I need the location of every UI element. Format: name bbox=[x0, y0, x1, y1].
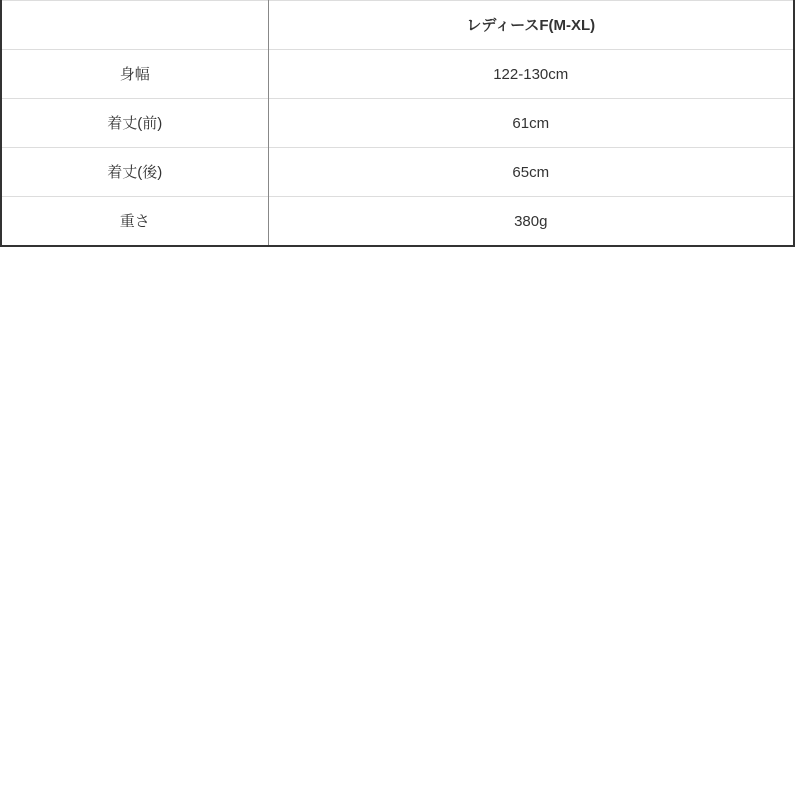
header-size-label: レディースF(M-XL) bbox=[268, 1, 794, 50]
spec-value-body-width: 122-130cm bbox=[268, 50, 794, 99]
table-row-body-width: 身幅 122-130cm bbox=[1, 50, 794, 99]
spec-value-length-back: 65cm bbox=[268, 148, 794, 197]
spec-value-weight: 380g bbox=[268, 197, 794, 247]
spec-label-weight: 重さ bbox=[1, 197, 268, 247]
size-spec-table: レディースF(M-XL) 身幅 122-130cm 着丈(前) 61cm 着丈(… bbox=[0, 0, 795, 247]
table-row-length-front: 着丈(前) 61cm bbox=[1, 99, 794, 148]
table-row-weight: 重さ 380g bbox=[1, 197, 794, 247]
spec-label-length-back: 着丈(後) bbox=[1, 148, 268, 197]
size-table-header-row: レディースF(M-XL) bbox=[1, 1, 794, 50]
table-row-length-back: 着丈(後) 65cm bbox=[1, 148, 794, 197]
spec-label-body-width: 身幅 bbox=[1, 50, 268, 99]
empty-page-area bbox=[0, 247, 800, 800]
header-corner-cell bbox=[1, 1, 268, 50]
spec-value-length-front: 61cm bbox=[268, 99, 794, 148]
spec-label-length-front: 着丈(前) bbox=[1, 99, 268, 148]
